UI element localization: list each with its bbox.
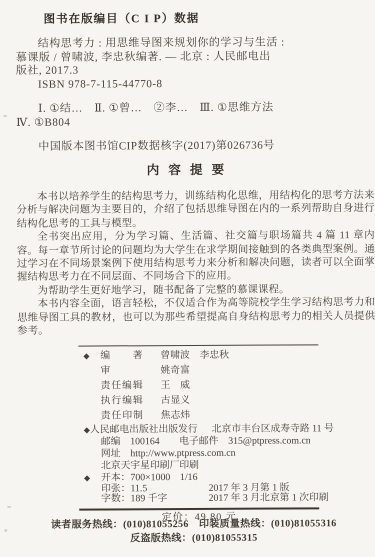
summary-heading: 内 容 提 要 — [0, 159, 374, 179]
cip-registry-number: 中国版本图书馆CIP数据核字(2017)第026736号 — [16, 139, 374, 154]
printer-line: 北京天宇星印刷厂印刷 — [79, 459, 319, 472]
credit-label: 执行编辑 — [101, 393, 161, 408]
cip-block: 结构思考力 : 用思维导图来规划你的学习与生活 : 慕课版 / 曾啸波, 李忠秋… — [16, 36, 375, 154]
printing: 2017 年 3 月北京第 1 次印刷 — [209, 492, 329, 504]
credit-value: 古显义 — [161, 393, 190, 408]
cip-heading: 图书在版编目（C I P）数据 — [44, 10, 200, 27]
diamond-bullet-icon: ◆ — [78, 348, 100, 363]
word-count: 字数：189 千字 — [101, 494, 206, 505]
credit-value: 姚奇富 — [160, 363, 189, 378]
credit-label: 编 著 — [100, 348, 160, 363]
scan-artifact — [3, 115, 7, 117]
credit-row: 执行编辑 古显义 — [79, 392, 319, 408]
spacer — [79, 393, 101, 408]
credit-value: 焦志炜 — [161, 408, 190, 423]
credit-row: 责任编辑 王 威 — [79, 377, 319, 393]
copyright-page: 图书在版编目（C I P）数据 结构思考力 : 用思维导图来规划你的学习与生活 … — [0, 0, 375, 557]
credit-value: 曾啸波 李忠秋 — [160, 348, 229, 363]
credit-row: 责任印制 焦志炜 — [79, 407, 319, 423]
diamond-bullet-icon: ◆ — [79, 473, 101, 484]
spacer — [78, 363, 100, 378]
scanned-content: 图书在版编目（C I P）数据 结构思考力 : 用思维导图来规划你的学习与生活 … — [0, 0, 375, 557]
credits-block: ◆ 编 著 曾啸波 李忠秋 审 姚奇富 责任编辑 王 威 执行编辑 — [78, 347, 318, 423]
summary-body: 本书以培养学生的结构思考力，训练结构化思维，用结构化的思考方法来分析与解决问题为… — [17, 189, 375, 338]
cip-classification-line2: Ⅳ. ①B804 — [16, 115, 374, 130]
scan-artifact — [7, 506, 11, 508]
credit-row: ◆ 编 著 曾啸波 李忠秋 — [78, 347, 318, 363]
spacer — [79, 408, 101, 423]
publisher-block: ◆ 人民邮电出版社出版发行 北京市丰台区成寿寺路 11 号 邮编 100164 … — [79, 423, 319, 472]
scan-artifact — [4, 529, 7, 532]
hotline-anti-piracy: 反盗版热线：(010)81055315 — [21, 531, 366, 546]
sheet-size: 开本：700×1000 1/16 — [101, 473, 197, 484]
colophon: ◆ 编 著 曾啸波 李忠秋 审 姚奇富 责任编辑 王 威 执行编辑 — [78, 344, 319, 524]
credit-label: 责任印制 — [101, 408, 161, 423]
summary-paragraph: 本书内容全面，语言轻松，不仅适合作为高等院校学生学习结构思考力和思维导图工具的教… — [17, 296, 375, 338]
hotlines-block: 读者服务热线：(010)81055256 印装质量热线：(010)8105531… — [21, 517, 366, 546]
credit-label: 审 — [100, 363, 160, 378]
divider-line-top — [78, 344, 318, 346]
publisher-name: 人民邮电出版社出版发行 — [90, 424, 198, 437]
hotline-service-quality: 读者服务热线：(010)81055256 印装质量热线：(010)8105531… — [21, 517, 366, 532]
diamond-bullet-icon: ◆ — [79, 425, 90, 437]
format-block: ◆ 开本：700×1000 1/16 印张：11.5 2017 年 3 月第 1… — [79, 472, 319, 505]
summary-paragraph: 本书以培养学生的结构思考力，训练结构化思维，用结构化的思考方法来分析与解决问题为… — [17, 189, 375, 231]
summary-paragraph: 全书突出应用，分为学习篇、生活篇、社交篇与职场篇共 4 篇 11 章内容。每一章… — [17, 229, 375, 284]
wordcount-printing-row: 字数：189 千字 2017 年 3 月北京第 1 次印刷 — [79, 493, 319, 505]
spacer — [79, 378, 101, 393]
credit-row: 审 姚奇富 — [78, 362, 318, 378]
credit-label: 责任编辑 — [101, 378, 161, 393]
credit-value: 王 威 — [161, 378, 190, 393]
publisher-address: 北京市丰台区成寿寺路 11 号 — [212, 423, 334, 436]
postcode-email-line: 邮编 100164 电子邮件 315@ptpress.com.cn — [79, 435, 319, 448]
